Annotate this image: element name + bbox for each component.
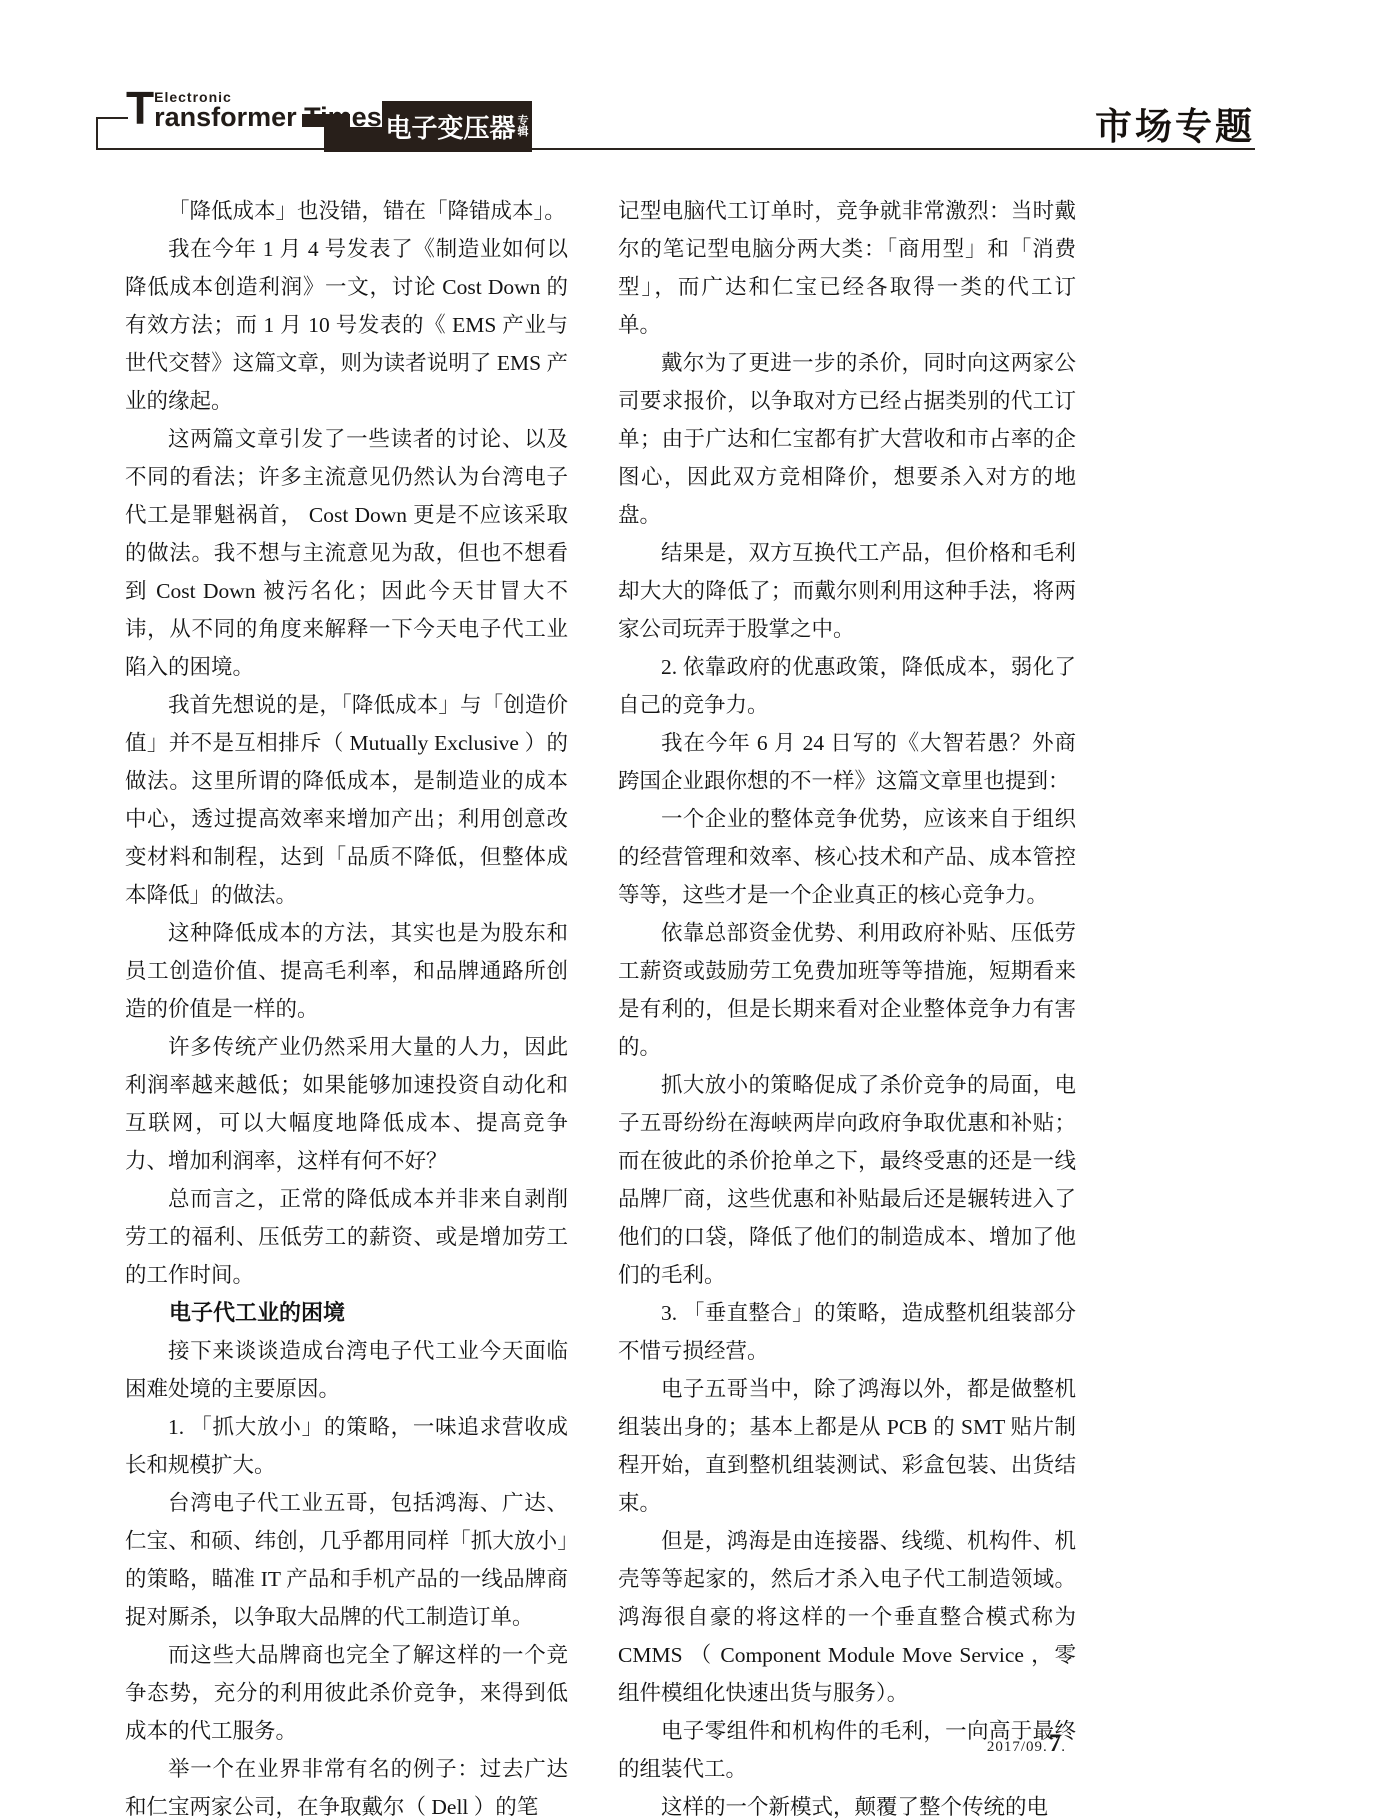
page-number-dot: . (1061, 1739, 1065, 1756)
header-rule-dash (96, 117, 128, 119)
issue-date: 2017/09. (987, 1739, 1048, 1756)
article-paragraph: 接下来谈谈造成台湾电子代工业今天面临困难处境的主要原因。 (125, 1332, 568, 1408)
article-paragraph: 台湾电子代工业五哥，包括鸿海、广达、仁宝、和硕、纬创，几乎都用同样「抓大放小」的… (125, 1484, 568, 1636)
article-paragraph: 但是，鸿海是由连接器、线缆、机构件、机壳等等起家的，然后才杀入电子代工制造领域。… (618, 1522, 1076, 1712)
article-paragraph: 而这些大品牌商也完全了解这样的一个竞争态势，充分的利用彼此杀价竞争，来得到低成本… (125, 1636, 568, 1750)
banner: 电子变压器 专 辑 (382, 101, 532, 152)
article-paragraph: 记型电脑代工订单时，竞争就非常激烈：当时戴尔的笔记型电脑分两大类：「商用型」和「… (618, 192, 1076, 344)
page-number: 7 (1049, 1730, 1062, 1758)
banner-title: 电子变压器 (385, 108, 515, 145)
article-paragraph: 这两篇文章引发了一些读者的讨论、以及不同的看法；许多主流意见仍然认为台湾电子代工… (125, 420, 568, 686)
banner-subtitle-bottom: 辑 (518, 127, 529, 138)
article-paragraph: 许多传统产业仍然采用大量的人力，因此利润率越来越低；如果能够加速投资自动化和互联… (125, 1028, 568, 1180)
section-heading: 电子代工业的困境 (125, 1294, 568, 1332)
article-paragraph: 我首先想说的是，「降低成本」与「创造价值」并不是互相排斥（ Mutually E… (125, 686, 568, 914)
page-section-title: 市场专题 (1095, 96, 1255, 150)
article-left-column: 「降低成本」也没错，错在「降错成本」。我在今年 1 月 4 号发表了《制造业如何… (125, 192, 568, 1820)
banner-step-shape (302, 114, 350, 127)
banner-subtitle-top: 专 (518, 116, 529, 127)
article-paragraph: 3. 「垂直整合」的策略，造成整机组装部分不惜亏损经营。 (618, 1294, 1076, 1370)
logo-initial: T (126, 88, 153, 128)
article-paragraph: 「降低成本」也没错，错在「降错成本」。 (125, 192, 568, 230)
article-paragraph: 这种降低成本的方法，其实也是为股东和员工创造价值、提高毛利率，和品牌通路所创造的… (125, 914, 568, 1028)
header-rule-vertical (96, 117, 98, 150)
article-paragraph: 戴尔为了更进一步的杀价，同时向这两家公司要求报价，以争取对方已经占据类别的代工订… (618, 344, 1076, 534)
article-paragraph: 结果是，双方互换代工产品，但价格和毛利却大大的降低了；而戴尔则利用这种手法，将两… (618, 534, 1076, 648)
article-paragraph: 举一个在业界非常有名的例子：过去广达和仁宝两家公司，在争取戴尔（ Dell ）的… (125, 1750, 568, 1820)
magazine-logo: T Electronic ransformer Times — (126, 88, 416, 130)
logo-text-stack: Electronic ransformer Times — (154, 88, 416, 130)
article-paragraph: 1. 「抓大放小」的策略，一味追求营收成长和规模扩大。 (125, 1408, 568, 1484)
article-paragraph: 依靠总部资金优势、利用政府补贴、压低劳工薪资或鼓励劳工免费加班等等措施，短期看来… (618, 914, 1076, 1066)
article-paragraph: 我在今年 6 月 24 日写的《大智若愚？外商跨国企业跟你想的不一样》这篇文章里… (618, 724, 1076, 800)
article-right-column: 记型电脑代工订单时，竞争就非常激烈：当时戴尔的笔记型电脑分两大类：「商用型」和「… (618, 192, 1076, 1820)
article-paragraph: 这样的一个新模式，颠覆了整个传统的电 (618, 1788, 1076, 1820)
page-footer: 2017/09. 7 . (987, 1730, 1065, 1758)
article-paragraph: 抓大放小的策略促成了杀价竞争的局面，电子五哥纷纷在海峡两岸向政府争取优惠和补贴；… (618, 1066, 1076, 1294)
article-paragraph: 一个企业的整体竞争优势，应该来自于组织的经营管理和效率、核心技术和产品、成本管控… (618, 800, 1076, 914)
magazine-page: T Electronic ransformer Times — 电子变压器 专 … (0, 0, 1380, 1820)
article-paragraph: 总而言之，正常的降低成本并非来自剥削劳工的福利、压低劳工的薪资、或是增加劳工的工… (125, 1180, 568, 1294)
article-paragraph: 我在今年 1 月 4 号发表了《制造业如何以降低成本创造利润》一文，讨论 Cos… (125, 230, 568, 420)
article-paragraph: 电子五哥当中，除了鸿海以外，都是做整机组装出身的；基本上都是从 PCB 的 SM… (618, 1370, 1076, 1522)
article-paragraph: 2. 依靠政府的优惠政策，降低成本，弱化了自己的竞争力。 (618, 648, 1076, 724)
banner-subtitle: 专 辑 (518, 116, 529, 138)
header-rule-horizontal (96, 148, 1255, 150)
